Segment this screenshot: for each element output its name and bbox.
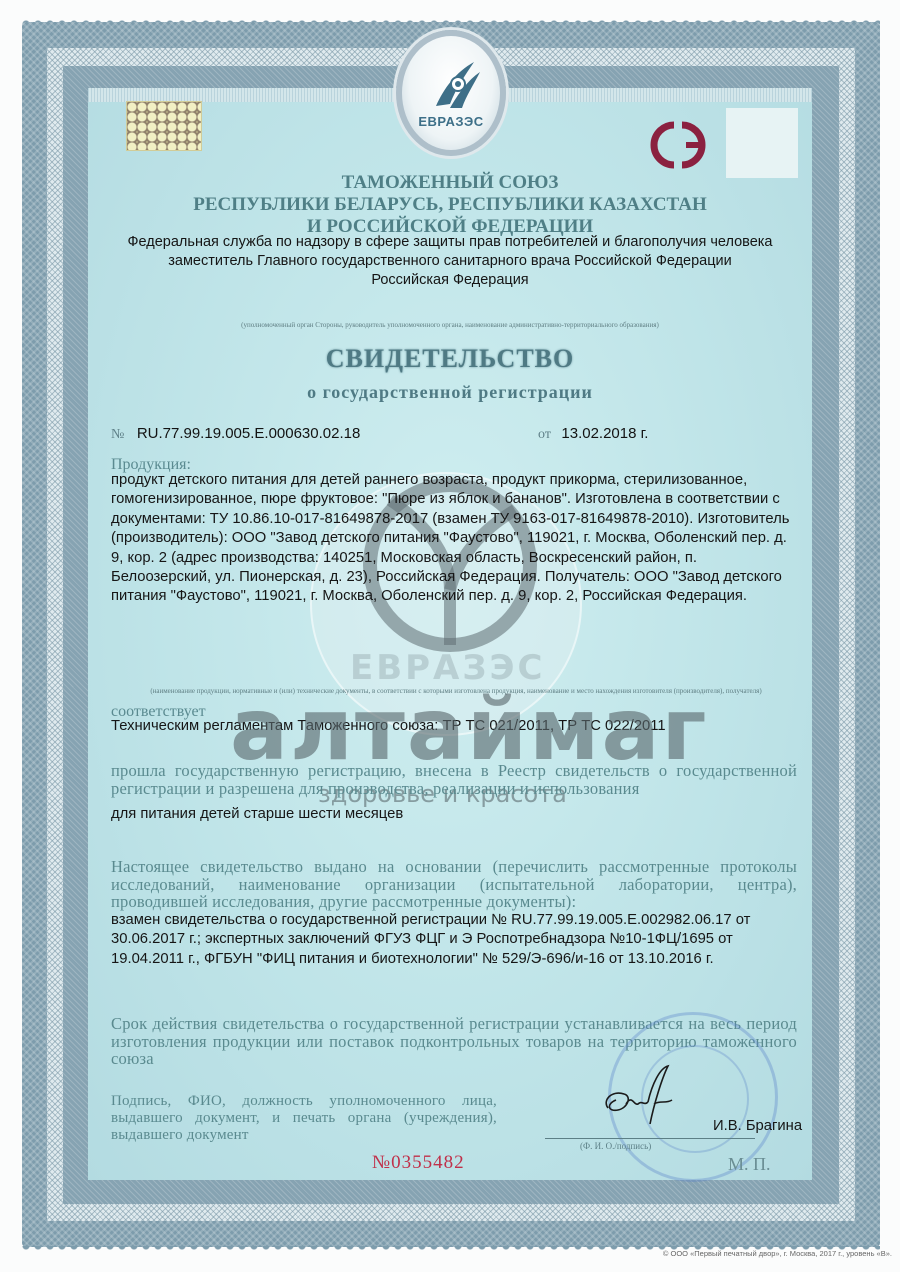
signature-label: Подпись, ФИО, должность уполномоченного … — [111, 1093, 497, 1144]
product-description: продукт детского питания для детей ранне… — [111, 471, 799, 607]
stamp-place-label: М. П. — [728, 1154, 771, 1175]
certificate-title: СВИДЕТЕЛЬСТВО — [100, 344, 800, 374]
signature-icon — [598, 1064, 680, 1130]
registration-usage: для питания детей старше шести месяцев — [111, 805, 403, 824]
authority-caption: (уполномоченный орган Стороны, руководит… — [100, 321, 800, 329]
signer-name: И.В. Брагина — [713, 1117, 802, 1136]
emblem-label: ЕВРАЗЭС — [402, 114, 500, 129]
registration-statement: прошла государственную регистрацию, внес… — [111, 762, 797, 797]
union-title: ТАМОЖЕННЫЙ СОЮЗ РЕСПУБЛИКИ БЕЛАРУСЬ, РЕС… — [100, 172, 800, 238]
basis-documents: взамен свидетельства о государственной р… — [111, 911, 771, 969]
union-title-line: РЕСПУБЛИКИ БЕЛАРУСЬ, РЕСПУБЛИКИ КАЗАХСТА… — [100, 194, 800, 216]
basis-label: Настоящее свидетельство выдано на основа… — [111, 858, 797, 911]
certificate-number-row: № RU.77.99.19.005.E.000630.02.18 — [111, 425, 360, 443]
date-label: от — [538, 427, 551, 442]
signature-line — [545, 1138, 755, 1139]
signature-caption: (Ф. И. О./подпись) — [580, 1141, 651, 1151]
se-conformity-mark-icon — [638, 115, 718, 175]
certificate-subtitle: о государственной регистрации — [100, 382, 800, 403]
evrazes-logo-icon — [430, 58, 482, 110]
hologram-sticker — [126, 101, 202, 151]
authority-line: Федеральная служба по надзору в сфере за… — [100, 233, 800, 252]
watermark-brand: алтаймаг — [230, 690, 708, 770]
issuing-authority: Федеральная служба по надзору в сфере за… — [100, 233, 800, 290]
printer-copyright: © ООО «Первый печатный двор», г. Москва,… — [663, 1249, 892, 1258]
certificate-date-row: от 13.02.2018 г. — [538, 425, 648, 443]
form-serial-number: №0355482 — [372, 1152, 465, 1174]
evrazes-emblem: ЕВРАЗЭС — [396, 30, 506, 156]
security-patch — [726, 108, 798, 178]
certificate-number: RU.77.99.19.005.E.000630.02.18 — [137, 425, 361, 442]
authority-line: Российская Федерация — [100, 271, 800, 290]
certificate-date: 13.02.2018 г. — [561, 425, 648, 442]
number-symbol: № — [111, 427, 124, 442]
union-title-line: ТАМОЖЕННЫЙ СОЮЗ — [100, 172, 800, 194]
authority-line: заместитель Главного государственного са… — [100, 252, 800, 271]
